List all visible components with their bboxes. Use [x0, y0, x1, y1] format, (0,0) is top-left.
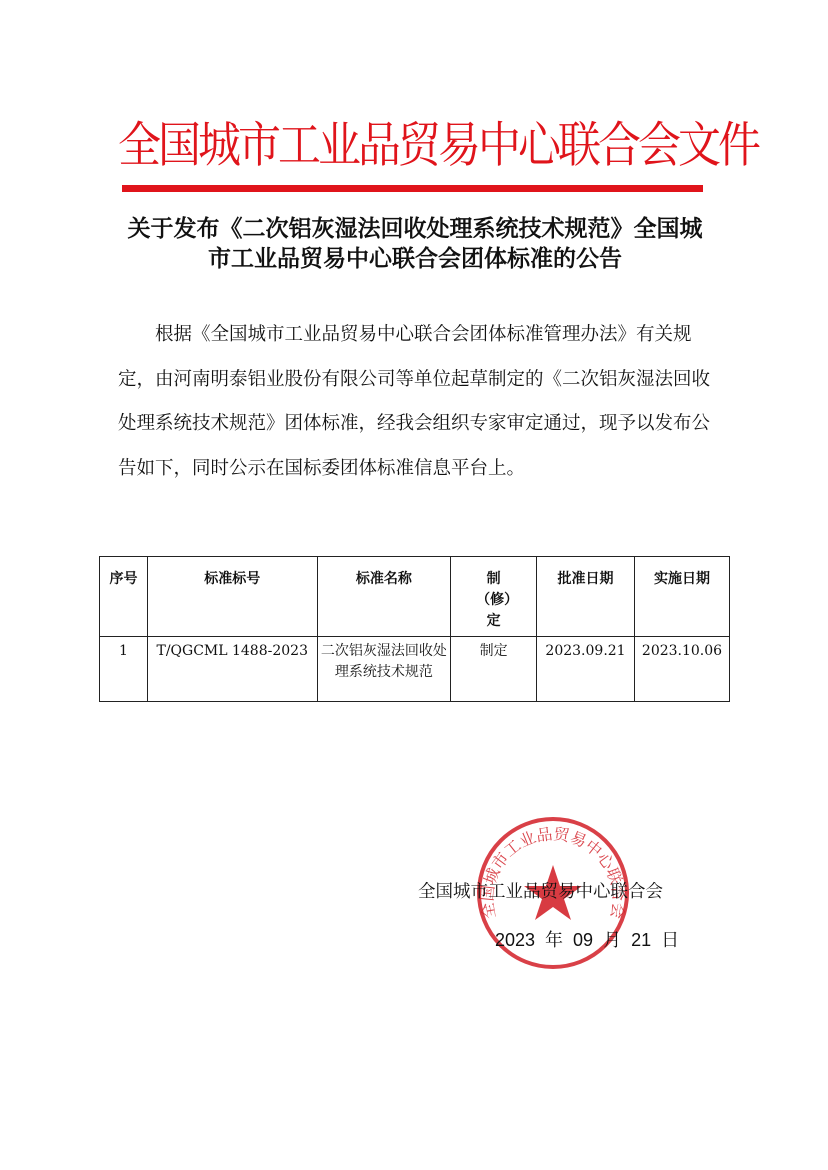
- standards-table: 序号 标准标号 标准名称 制（修）定 批准日期 实施日期 1 T/QGCML 1…: [99, 556, 730, 702]
- signature-org: 全国城市工业品贸易中心联合会: [418, 878, 663, 903]
- col-header-standard-name: 标准名称: [317, 557, 451, 637]
- cell-type: 制定: [451, 637, 537, 702]
- cell-index: 1: [100, 637, 148, 702]
- table-row: 1 T/QGCML 1488-2023 二次铝灰湿法回收处理系统技术规范 制定 …: [100, 637, 730, 702]
- notice-title-line-1: 关于发布《二次铝灰湿法回收处理系统技术规范》全国城: [90, 214, 740, 244]
- col-header-effective-date: 实施日期: [634, 557, 729, 637]
- notice-title-line-2: 市工业品贸易中心联合会团体标准的公告: [90, 244, 740, 274]
- col-header-type-label: 制（修）定: [476, 569, 512, 632]
- notice-body: 根据《全国城市工业品贸易中心联合会团体标准管理办法》有关规定，由河南明泰铝业股份…: [118, 313, 718, 491]
- header-red-rule: [122, 185, 703, 192]
- cell-standard-number: T/QGCML 1488-2023: [147, 637, 317, 702]
- col-header-type: 制（修）定: [451, 557, 537, 637]
- cell-effective-date: 2023.10.06: [634, 637, 729, 702]
- notice-title: 关于发布《二次铝灰湿法回收处理系统技术规范》全国城 市工业品贸易中心联合会团体标…: [90, 214, 740, 274]
- notice-body-paragraph: 根据《全国城市工业品贸易中心联合会团体标准管理办法》有关规定，由河南明泰铝业股份…: [118, 313, 718, 491]
- col-header-standard-number: 标准标号: [147, 557, 317, 637]
- col-header-approval-date: 批准日期: [537, 557, 635, 637]
- col-header-index: 序号: [100, 557, 148, 637]
- cell-standard-name: 二次铝灰湿法回收处理系统技术规范: [317, 637, 451, 702]
- cell-approval-date: 2023.09.21: [537, 637, 635, 702]
- table-header-row: 序号 标准标号 标准名称 制（修）定 批准日期 实施日期: [100, 557, 730, 637]
- document-header-title: 全国城市工业品贸易中心联合会文件: [118, 112, 678, 179]
- signature-date: 2023 年 09 月 21 日: [495, 926, 679, 952]
